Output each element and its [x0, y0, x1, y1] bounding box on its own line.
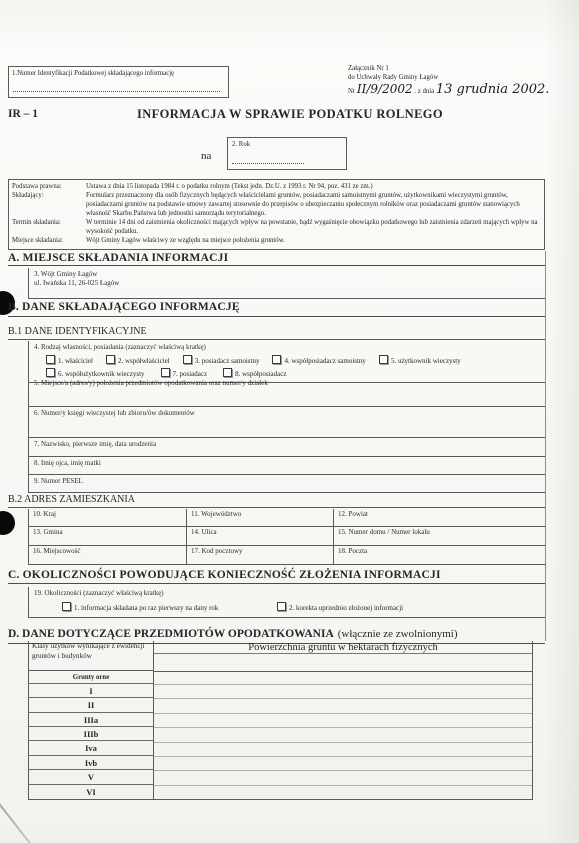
handwritten-resolution-number: II/9/2002 — [357, 82, 413, 96]
section-d-title-suffix: (włącznie ze zwolnionymi) — [338, 628, 458, 640]
na-label: na — [201, 150, 211, 162]
land-class-row: VI — [29, 785, 153, 799]
checkbox-label: 2. współwłaściciel — [118, 357, 170, 365]
checkbox-icon[interactable] — [106, 355, 115, 364]
land-class-row: V — [29, 770, 153, 784]
tax-office-name: 3. Wójt Gminy Łagów — [34, 270, 545, 279]
field5-box[interactable]: 5. Miejsce/a (adres/y) położenia przedmi… — [28, 377, 545, 407]
legal-row-podstawa: Podstawa prawna: Ustawa z dnia 15 listop… — [12, 182, 540, 191]
area-cell[interactable] — [154, 699, 532, 713]
year-input-line[interactable] — [232, 163, 304, 164]
attachment-note: Załącznik Nr 1 do Uchwały Rady Gminy Łag… — [348, 64, 573, 97]
year-box-label: 2. Rok — [228, 138, 346, 149]
checkbox-icon[interactable] — [272, 355, 281, 364]
legal-text: Ustawa z dnia 15 listopada 1984 r. o pod… — [86, 182, 540, 191]
checkbox-icon[interactable] — [379, 355, 388, 364]
field7-box[interactable]: 7. Nazwisko, pierwsze imię, data urodzen… — [28, 438, 545, 457]
tax-office-address: ul. Iwańska 11, 26-025 Łagów — [34, 279, 545, 288]
area-column-header: Powierzchnia gruntu w hektarach fizyczny… — [154, 641, 532, 654]
land-table: Klasy użytków wynikające z ewidencji gru… — [28, 641, 533, 800]
legal-row-termin: Termin składania: W terminie 14 dni od z… — [12, 218, 540, 236]
field4-label: 4. Rodzaj własności, posiadania (zaznacz… — [34, 343, 545, 352]
nip-input-line[interactable] — [13, 91, 220, 92]
land-class-row: IIIa — [29, 713, 153, 727]
area-cell[interactable] — [154, 786, 532, 799]
legal-label: Miejsce składania: — [12, 236, 86, 245]
field9-box[interactable]: 9. Numer PESEL — [28, 475, 545, 493]
nip-box: 1.Numer Identyfikacji Podatkowej składaj… — [8, 66, 229, 98]
nr-prefix: Nr — [348, 88, 355, 95]
area-cell[interactable] — [154, 728, 532, 742]
ownership-option: 3. posiadacz samoistny — [183, 355, 260, 365]
land-class-row: IIIb — [29, 727, 153, 741]
legal-row-skladajacy: Składający: Formularz przeznaczony dla o… — [12, 191, 540, 218]
form-code: IR – 1 — [8, 108, 38, 120]
section-b1-header: B.1 DANE IDENTYFIKACYJNE — [8, 326, 545, 340]
land-class-row: Ivb — [29, 756, 153, 770]
checkbox-icon[interactable] — [183, 355, 192, 364]
field5-label: 5. Miejsce/a (adres/y) położenia przedmi… — [34, 379, 545, 388]
land-class-row: I — [29, 684, 153, 698]
address-cell-kraj[interactable]: 10. Kraj — [29, 509, 187, 527]
section-a-box: 3. Wójt Gminy Łagów ul. Iwańska 11, 26-0… — [28, 268, 545, 299]
checkbox-label: 2. korekta uprzednio złożonej informacji — [289, 604, 403, 612]
checkbox-label: 1. informacja składana po raz pierwszy n… — [74, 604, 218, 612]
year-box: 2. Rok — [227, 137, 347, 170]
circumstance-option-first: 1. informacja składana po raz pierwszy n… — [62, 602, 277, 612]
ownership-option: 4. współposiadacz samoistny — [272, 355, 365, 365]
section-b2-header: B.2 ADRES ZAMIESZKANIA — [8, 494, 545, 508]
z-dnia-label: . z dnia — [414, 88, 434, 95]
field8-box[interactable]: 8. Imię ojca, imię matki — [28, 457, 545, 475]
area-cell[interactable] — [154, 757, 532, 771]
section-b-header: B. DANE SKŁADAJĄCEGO INFORMACJĘ — [8, 301, 545, 317]
field6-box[interactable]: 6. Numer/y księgi wieczystej lub zbioru/… — [28, 407, 545, 438]
legal-label: Termin składania: — [12, 218, 86, 236]
scan-shadow — [545, 0, 579, 843]
form-title: INFORMACJA W SPRAWIE PODATKU ROLNEGO — [60, 107, 520, 122]
legal-label: Składający: — [12, 191, 86, 218]
field8-label: 8. Imię ojca, imię matki — [34, 459, 545, 468]
field19-box: 19. Okoliczności (zaznaczyć właściwą kra… — [28, 587, 545, 618]
legal-label: Podstawa prawna: — [12, 182, 86, 191]
section-d-title: D. DANE DOTYCZĄCE PRZEDMIOTÓW OPODATKOWA… — [8, 628, 334, 640]
form-right-border — [545, 251, 546, 641]
handwritten-date: 13 grudnia 2002. — [436, 82, 550, 97]
field9-label: 9. Numer PESEL — [34, 477, 545, 486]
arable-land-subheader: Grunty orne — [29, 671, 153, 684]
checkbox-icon[interactable] — [161, 368, 170, 377]
ownership-option: 1. właściciel — [46, 355, 93, 365]
checkbox-label: 3. posiadacz samoistny — [195, 357, 260, 365]
checkbox-label: 4. współposiadacz samoistny — [284, 357, 365, 365]
attachment-line2: do Uchwały Rady Gminy Łagów — [348, 73, 573, 82]
attachment-line1: Załącznik Nr 1 — [348, 64, 573, 73]
land-table-right-column: Powierzchnia gruntu w hektarach fizyczny… — [154, 641, 532, 799]
field7-label: 7. Nazwisko, pierwsze imię, data urodzen… — [34, 440, 545, 449]
ownership-options-row1: 1. właściciel 2. współwłaściciel 3. posi… — [46, 355, 545, 365]
address-table: 10. Kraj 11. Województwo 12. Powiat 13. … — [28, 509, 546, 565]
section-a-header: A. MIEJSCE SKŁADANIA INFORMACJI — [8, 252, 545, 266]
circumstance-option-correction: 2. korekta uprzednio złożonej informacji — [277, 602, 403, 612]
field19-label: 19. Okoliczności (zaznaczyć właściwą kra… — [34, 589, 545, 598]
checkbox-icon[interactable] — [46, 368, 55, 377]
checkbox-icon[interactable] — [223, 368, 232, 377]
ownership-option: 5. użytkownik wieczysty — [379, 355, 461, 365]
area-cell[interactable] — [154, 685, 532, 699]
address-cell-numer-domu[interactable]: 15. Numer domu / Numer lokalu — [334, 527, 546, 545]
section-c-header: C. OKOLICZNOŚCI POWODUJĄCE KONIECZNOŚĆ Z… — [8, 569, 545, 584]
attachment-line3: Nr II/9/2002 . z dnia 13 grudnia 2002. — [348, 82, 573, 97]
land-table-left-column: Klasy użytków wynikające z ewidencji gru… — [29, 641, 154, 799]
land-class-column-header: Klasy użytków wynikające z ewidencji gru… — [29, 641, 153, 671]
ownership-option: 2. współwłaściciel — [106, 355, 170, 365]
legal-info-box: Podstawa prawna: Ustawa z dnia 15 listop… — [8, 179, 545, 250]
legal-row-miejsce: Miejsce składania: Wójt Gminy Łagów właś… — [12, 236, 540, 245]
area-cell[interactable] — [154, 714, 532, 728]
address-cell-kod-pocztowy[interactable]: 17. Kod pocztowy — [187, 546, 334, 564]
address-cell-miejscowosc[interactable]: 16. Miejscowość — [29, 546, 187, 564]
legal-text: W terminie 14 dni od zaistnienia okolicz… — [86, 218, 540, 236]
nip-box-label: 1.Numer Identyfikacji Podatkowej składaj… — [9, 67, 228, 78]
area-cell[interactable] — [154, 771, 532, 785]
area-cell[interactable] — [154, 672, 532, 685]
circumstance-options: 1. informacja składana po raz pierwszy n… — [62, 602, 545, 612]
address-cell-powiat[interactable]: 12. Powiat — [334, 509, 546, 527]
land-class-row: II — [29, 698, 153, 712]
scanned-form-page: 1.Numer Identyfikacji Podatkowej składaj… — [0, 0, 579, 843]
address-cell-poczta[interactable]: 18. Poczta — [334, 546, 546, 564]
checkbox-label: 1. właściciel — [58, 357, 93, 365]
address-cell-wojewodztwo[interactable]: 11. Województwo — [187, 509, 334, 527]
checkbox-icon[interactable] — [62, 602, 71, 611]
punch-hole-bottom — [0, 511, 15, 535]
field6-label: 6. Numer/y księgi wieczystej lub zbioru/… — [34, 409, 545, 418]
legal-text: Wójt Gminy Łagów właściwy ze względu na … — [86, 236, 540, 245]
address-cell-gmina[interactable]: 13. Gmina — [29, 527, 187, 545]
area-column-header-cell: Powierzchnia gruntu w hektarach fizyczny… — [154, 641, 532, 672]
page-crease — [0, 793, 35, 843]
legal-text: Formularz przeznaczony dla osób fizyczny… — [86, 191, 540, 218]
checkbox-icon[interactable] — [46, 355, 55, 364]
land-class-row: Iva — [29, 741, 153, 755]
checkbox-icon[interactable] — [277, 602, 286, 611]
checkbox-label: 5. użytkownik wieczysty — [391, 357, 461, 365]
area-cell[interactable] — [154, 743, 532, 757]
address-cell-ulica[interactable]: 14. Ulica — [187, 527, 334, 545]
